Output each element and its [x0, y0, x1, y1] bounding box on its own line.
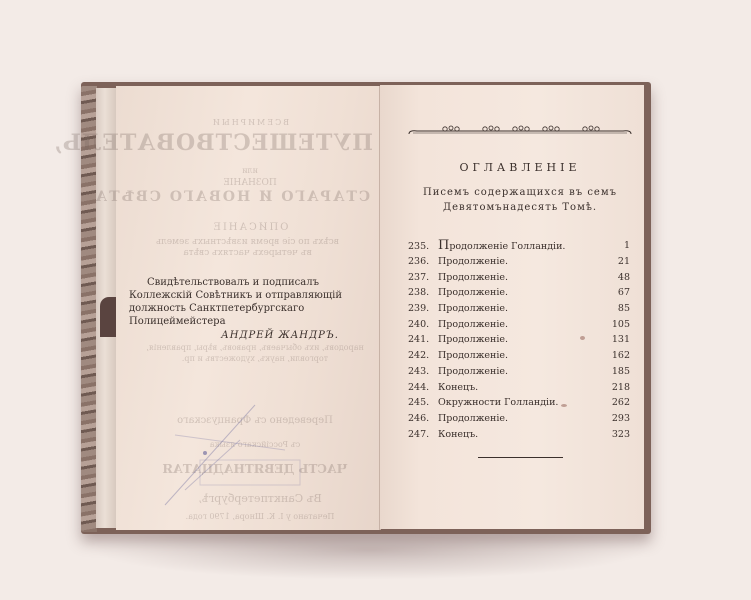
toc-list: 235.Продолженіе Голландіи.1 236.Продолже… [408, 238, 630, 442]
toc-entry: 247.Конецъ.323 [408, 426, 630, 442]
closing-rule [478, 457, 563, 458]
toc-entry: 244.Конецъ.218 [408, 379, 630, 395]
censor-signature: АНДРЕЙ ЖАНДРЪ. [129, 329, 379, 342]
bleed-through-text: или [150, 166, 350, 175]
toc-entry: 246.Продолженіе.293 [408, 411, 630, 427]
toc-entry: 245.Окружности Голландіи.262 [408, 395, 630, 411]
toc-subheading: Писемъ содержащихся въ семъ Девятомънаде… [400, 185, 640, 215]
foxing-spot [580, 336, 585, 340]
bookmark-tab [100, 297, 117, 337]
library-stamp-bleed [145, 395, 305, 515]
toc-entry: 241.Продолженіе.131 [408, 332, 630, 348]
toc-entry: 236.Продолженіе.21 [408, 254, 630, 270]
bleed-through-text: всѣхъ по сіе время извѣстныхъ земель [125, 237, 370, 247]
toc-entry: 243.Продолженіе.185 [408, 364, 630, 380]
headpiece-ornament [405, 124, 635, 140]
bleed-through-text: ВСЕМИРНЫЙ [150, 118, 350, 127]
bleed-through-text: ОПИСАНІЕ [150, 222, 350, 233]
toc-entry: 235.Продолженіе Голландіи.1 [408, 238, 630, 254]
toc-subheading-line: Девятомънадесять Томѣ. [400, 200, 640, 215]
toc-entry: 238.Продолженіе.67 [408, 285, 630, 301]
bleed-through-text: ПУТЕШЕСТВОВАТЕЛЬ, [118, 130, 373, 156]
toc-heading: ОГЛАВЛЕНІЕ [400, 161, 640, 174]
bleed-through-text: ПОЗНАНІЕ [150, 178, 350, 188]
bleed-through-text: СТАРАГО И НОВАГО СВѢТА [125, 189, 370, 205]
foxing-spot [561, 404, 567, 407]
toc-entry: 240.Продолженіе.105 [408, 316, 630, 332]
bleed-through-text: народовъ, ихъ обычаевъ, нравовъ, вѣры, п… [140, 342, 370, 364]
bleed-through-text: въ четырехъ частяхъ свѣта [125, 248, 370, 258]
censor-text: Свидѣтельствовалъ и подписалъ Коллежскій… [129, 276, 379, 328]
toc-subheading-line: Писемъ содержащихся въ семъ [400, 185, 640, 200]
toc-entry: 242.Продолженіе.162 [408, 348, 630, 364]
censor-note: Свидѣтельствовалъ и подписалъ Коллежскій… [129, 276, 379, 342]
toc-entry: 239.Продолженіе.85 [408, 301, 630, 317]
toc-entry: 237.Продолженіе.48 [408, 269, 630, 285]
